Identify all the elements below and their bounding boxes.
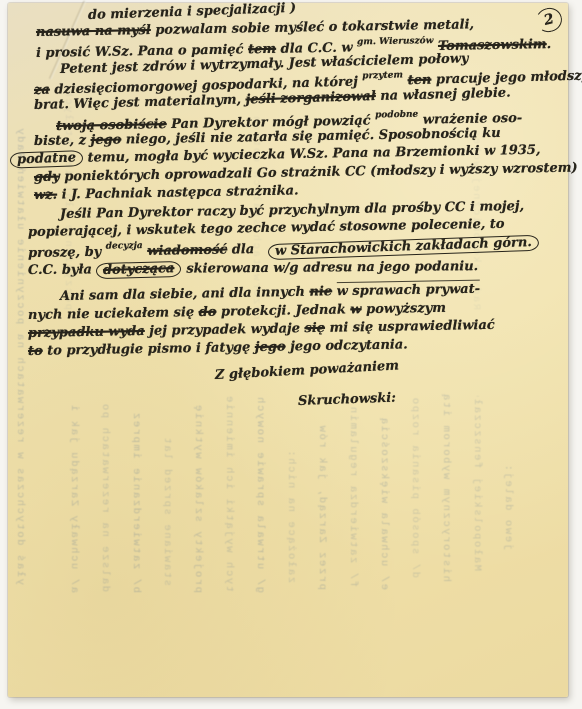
struck-text: nasuwa na myśl: [36, 23, 151, 40]
handwriting-text: Skruchowski:: [298, 391, 396, 409]
struck-text: jego: [255, 340, 286, 356]
handwriting-text: .: [547, 37, 552, 52]
struck-text: jego: [90, 132, 121, 148]
handwriting-text: wrażenie oso-: [418, 111, 522, 128]
struck-text: się: [304, 321, 325, 336]
struck-text: jeśli zorganizował: [245, 89, 376, 107]
handwriting-text: C.C. była: [28, 262, 97, 278]
struck-text: za: [34, 83, 50, 98]
struck-text: wz.: [34, 188, 57, 203]
page-number-text: 2: [542, 11, 555, 29]
handwriting-line: Z głębokiem poważaniem: [215, 359, 400, 382]
inserted-text: przytem: [362, 70, 403, 81]
handwriting-line: Skruchowski:: [298, 392, 396, 408]
handwriting-text: pozwalam sobie myśleć o tokarstwie metal…: [151, 17, 474, 38]
handwriting-line: przypadku wyda jej przypadek wydaje się …: [28, 319, 495, 340]
handwriting-line: do mierzenia i specjalizacji ): [88, 2, 297, 22]
handwriting-text: biste, z: [34, 133, 91, 149]
handwriting-text: jego odczytania.: [285, 337, 407, 354]
handwriting-line: proszę, by decyzja wiadomość dla w Stara…: [28, 235, 539, 262]
handwriting-line: wz. i J. Pachniak następca strażnika.: [34, 184, 299, 202]
handwriting-line: C.C. była dotycząca skierowana w/g adres…: [28, 259, 478, 279]
handwriting-text: nych nie uciekałem się: [28, 305, 199, 323]
struck-text: do: [199, 305, 217, 320]
inserted-text: decyzja: [106, 241, 143, 252]
handwriting-text: powyższym: [361, 301, 446, 317]
handwriting-line: to to przydługie pismo i fatygę jego jeg…: [28, 338, 408, 358]
handwriting-text: i J. Pachniak następca strażnika.: [57, 183, 299, 202]
handwriting-text: dla: [227, 242, 268, 258]
struck-text: ten: [407, 73, 431, 89]
inserted-text: gm. Wieruszów: [357, 36, 434, 47]
scanned-document-page: { "page_number": "2", "colors": { "paper…: [0, 0, 582, 709]
struck-text: to: [28, 344, 43, 359]
struck-text: nie: [309, 284, 332, 299]
handwriting-text: w sprawach prywat-: [336, 280, 480, 300]
handwriting-text: jej przypadek wydaje: [145, 321, 305, 339]
handwriting-text: Ani sam dla siebie, ani dla innych: [60, 285, 310, 304]
struck-text: wiadomość: [147, 243, 227, 259]
circled-annotation: podatne: [10, 150, 84, 169]
inserted-text: podobne: [375, 110, 418, 121]
handwriting-text: proszę, by: [28, 245, 106, 261]
handwriting-text: do mierzenia i specjalizacji ): [88, 1, 297, 23]
circled-annotation: dotycząca: [96, 261, 182, 279]
handwriting-text: skierowana w/g adresu na jego podaniu.: [182, 259, 479, 277]
handwriting-text: mi się usprawiedliwiać: [325, 318, 495, 336]
circled-annotation: w Starachowickich zakładach górn.: [268, 235, 539, 260]
handwriting-layer: do mierzenia i specjalizacji )nasuwa na …: [0, 0, 582, 709]
handwriting-text: Z głębokiem poważaniem: [215, 358, 400, 383]
struck-text: gdy: [34, 170, 60, 185]
struck-text: w: [350, 302, 361, 317]
handwriting-text: to przydługie pismo i fatygę: [43, 340, 255, 359]
handwriting-line: Ani sam dla siebie, ani dla innych nie w…: [60, 283, 480, 303]
handwriting-text: protekcji. Jednak: [216, 302, 350, 319]
handwriting-text: na własnej glebie.: [376, 86, 511, 105]
struck-text: przypadku wyda: [28, 324, 145, 341]
struck-text: tem: [248, 42, 276, 57]
